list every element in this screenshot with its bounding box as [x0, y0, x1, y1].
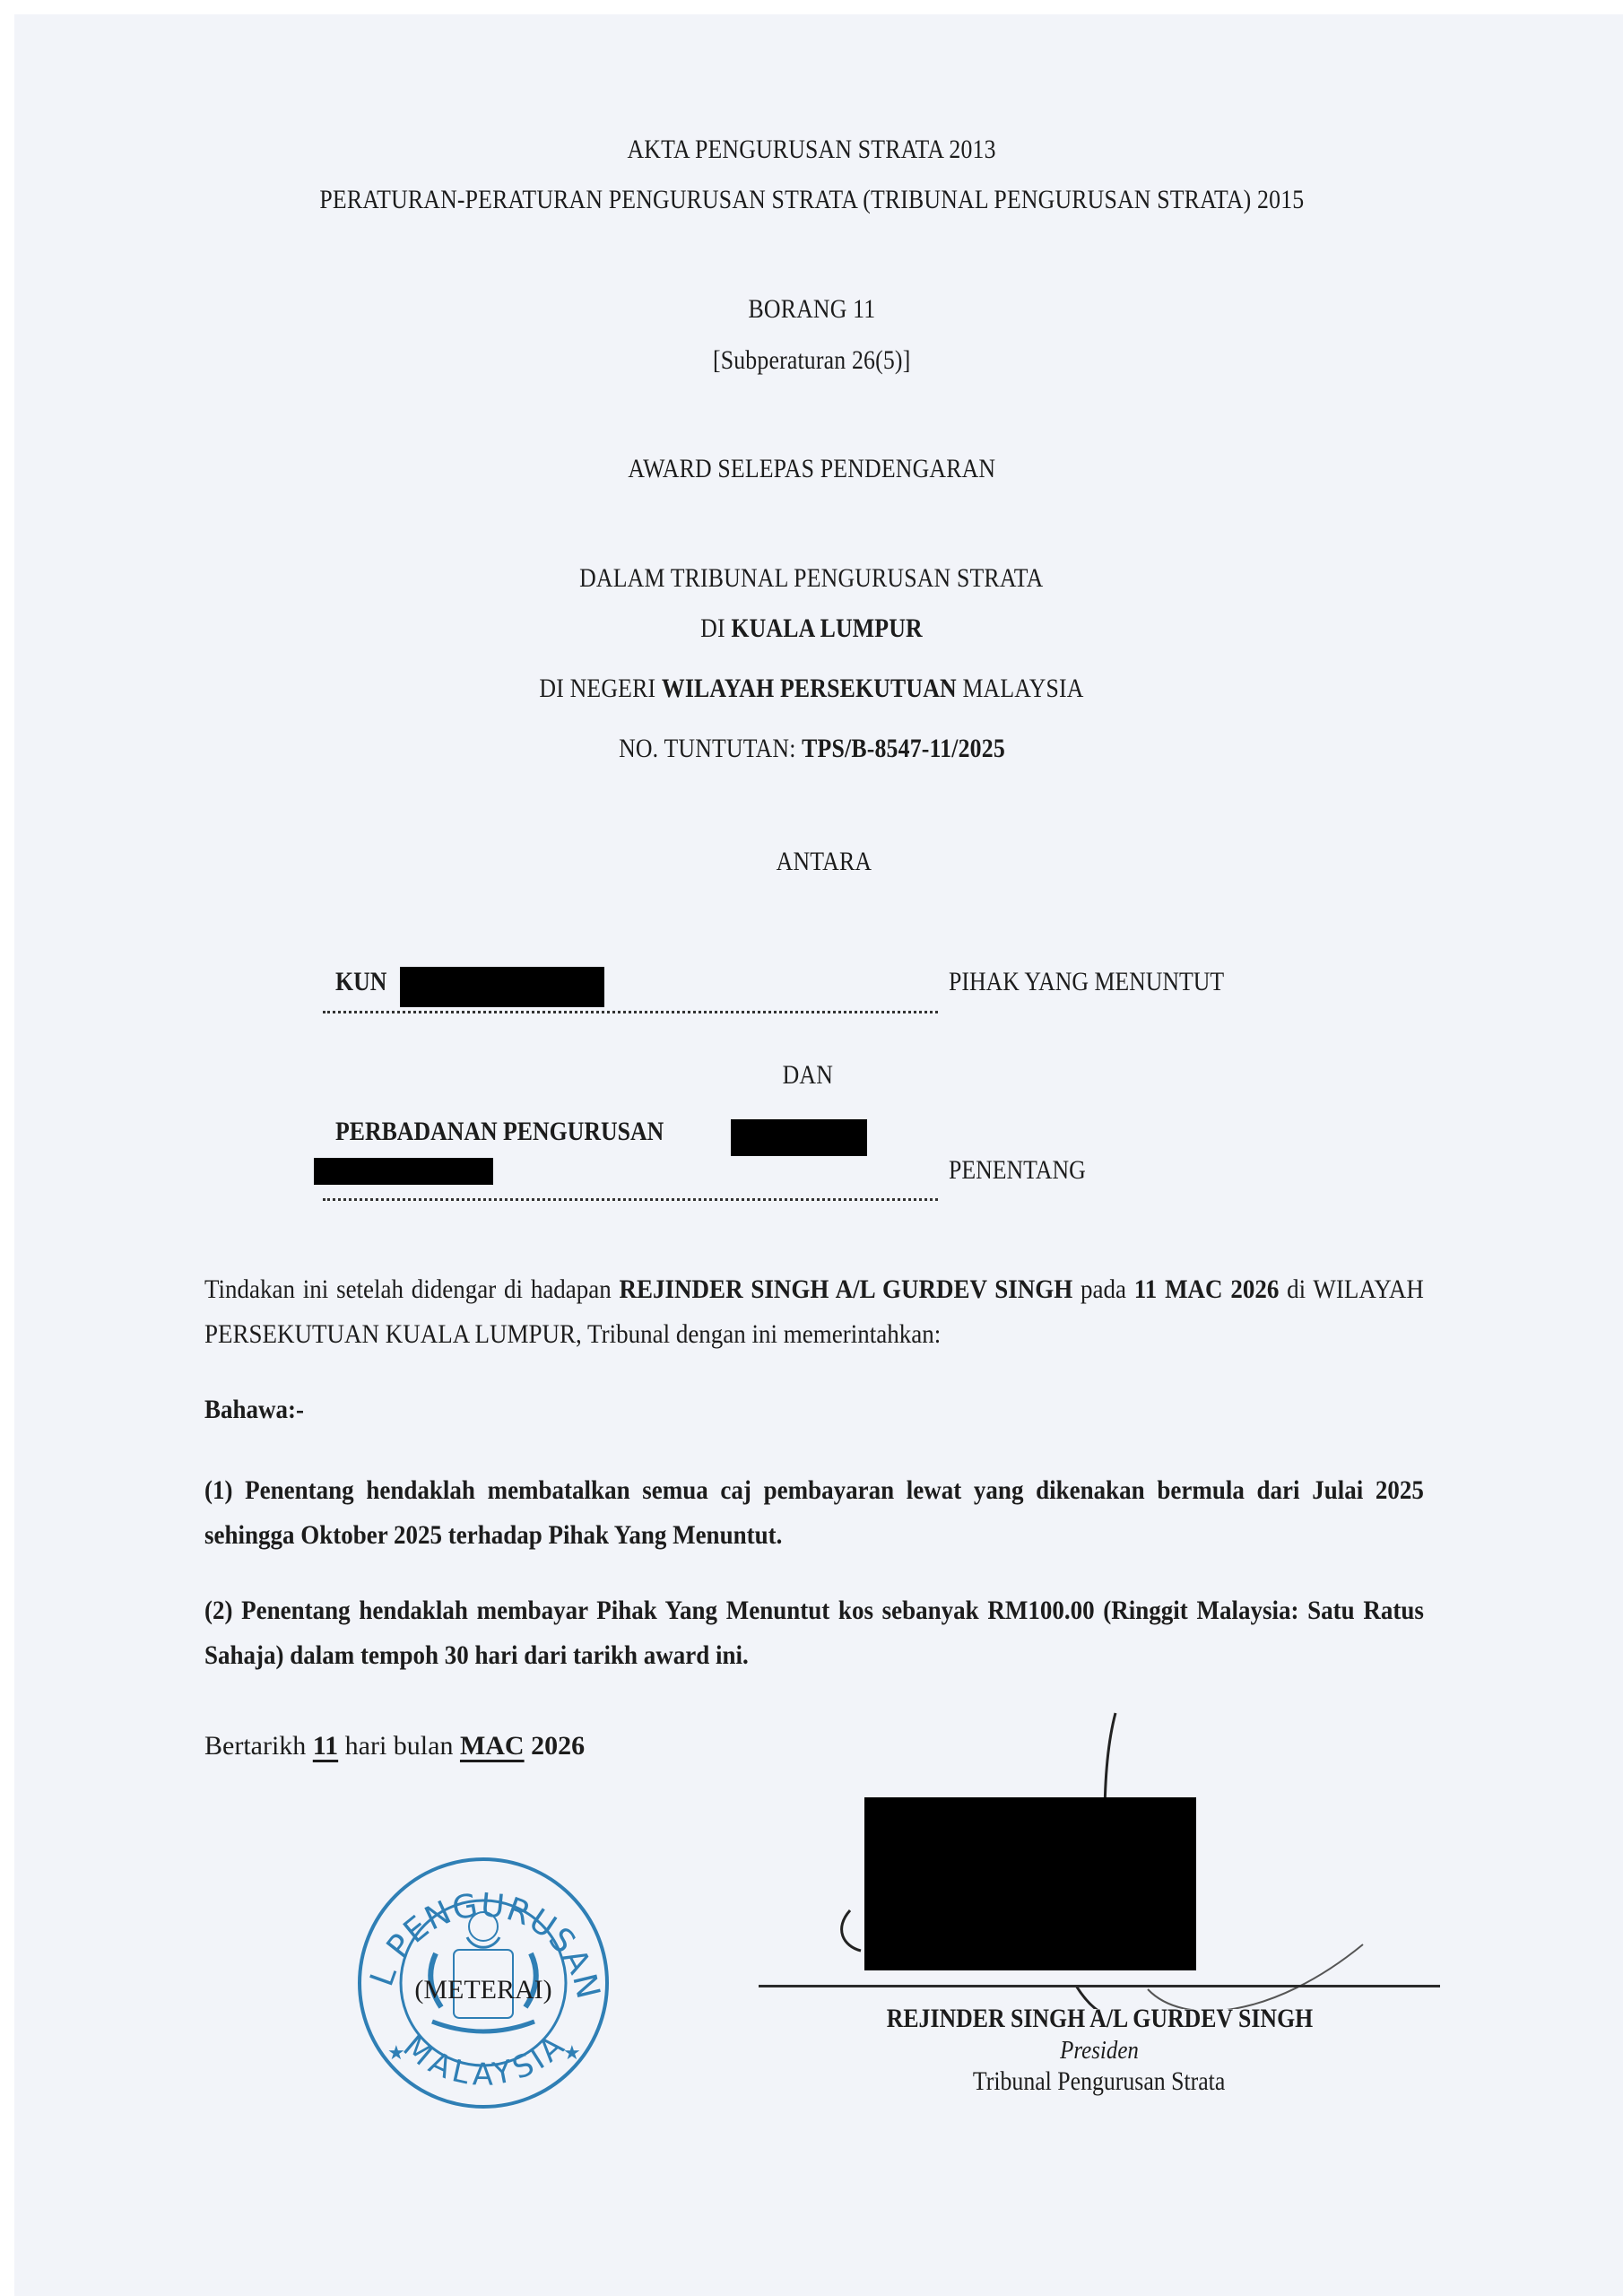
- and-label: DAN: [0, 1060, 1619, 1091]
- svg-text:★: ★: [563, 2042, 581, 2065]
- intro-paragraph: Tindakan ini setelah didengar di hadapan…: [204, 1267, 1424, 1357]
- act-title: AKTA PENGURUSAN STRATA 2013: [0, 135, 1623, 165]
- dated-line: Bertarikh 11 hari bulan MAC 2026: [204, 1731, 585, 1761]
- redacted-signature: [864, 1797, 1196, 1970]
- signatory-organization: Tribunal Pengurusan Strata: [759, 2066, 1440, 2097]
- claimant-role: PIHAK YANG MENUNTUT: [949, 967, 1269, 997]
- court-line-2: DI KUALA LUMPUR: [0, 613, 1623, 644]
- respondent-name: PERBADANAN PENGURUSAN: [335, 1117, 717, 1147]
- svg-text:★: ★: [387, 2042, 405, 2065]
- redacted-claimant-name: [400, 967, 604, 1007]
- order-2: (2) Penentang hendaklah membayar Pihak Y…: [204, 1588, 1424, 1678]
- subregulation: [Subperaturan 26(5)]: [0, 345, 1623, 376]
- claimant-dotted-line: [323, 1011, 938, 1013]
- court-line-1: DALAM TRIBUNAL PENGURUSAN STRATA: [0, 563, 1623, 594]
- seal-emblem-icon: TRIBUNAL PENGURUSAN STRATA MALAYSIA ★ ★ …: [355, 1855, 612, 2111]
- court-line-3: DI NEGERI WILAYAH PERSEKUTUAN MALAYSIA: [0, 674, 1623, 704]
- claimant-name: KUN: [335, 967, 395, 997]
- signature-line: [759, 1985, 1440, 1987]
- form-number: BORANG 11: [0, 294, 1623, 325]
- regulation-title: PERATURAN-PERATURAN PENGURUSAN STRATA (T…: [0, 185, 1623, 215]
- between-label: ANTARA: [13, 847, 1623, 877]
- claim-number: NO. TUNTUTAN: TPS/B-8547-11/2025: [0, 734, 1623, 764]
- svg-text:MALAYSIA: MALAYSIA: [396, 2029, 571, 2093]
- respondent-role: PENENTANG: [949, 1155, 1108, 1186]
- respondent-dotted-line: [323, 1198, 938, 1201]
- document-title: AWARD SELEPAS PENDENGARAN: [0, 454, 1623, 484]
- redacted-respondent-name-1: [731, 1119, 867, 1156]
- tribunal-seal: TRIBUNAL PENGURUSAN STRATA MALAYSIA ★ ★ …: [355, 1855, 612, 2111]
- svg-text:(METERAI): (METERAI): [414, 1975, 551, 2005]
- bahawa-heading: Bahawa:-: [204, 1387, 1424, 1432]
- order-1: (1) Penentang hendaklah membatalkan semu…: [204, 1468, 1424, 1558]
- signatory-name: REJINDER SINGH A/L GURDEV SINGH: [759, 2004, 1440, 2034]
- signatory-title: Presiden: [759, 2036, 1440, 2066]
- redacted-respondent-name-2: [314, 1158, 493, 1185]
